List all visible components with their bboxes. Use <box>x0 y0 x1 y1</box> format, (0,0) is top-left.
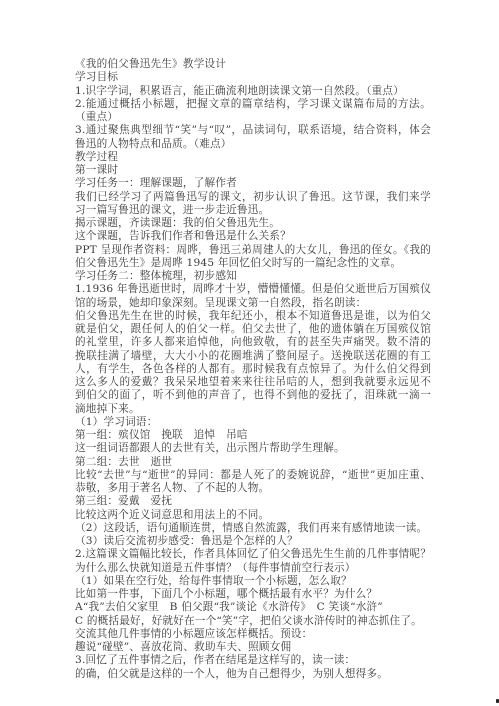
paragraph: 1.1936 年鲁迅逝世时，周晔才十岁，懵懵懂懂。但是伯父逝世后万国殡仪馆的场景… <box>75 283 431 310</box>
paragraph: 第一组：殡仪馆 挽联 追悼 吊唁 <box>75 429 431 442</box>
task2-heading: 学习任务二：整体梳理，初步感知 <box>75 270 431 283</box>
goal-item: 3.通过聚焦典型细节“笑”与“叹”，品读词句，联系语境，结合资料，体会鲁迅的人物… <box>75 124 431 151</box>
paragraph: 第二组：去世 逝世 <box>75 456 431 469</box>
paragraph: 2.这篇课文篇幅比较长，作者具体回忆了伯父鲁迅先生生前的几件事情呢？为什么那么快… <box>75 548 431 575</box>
paragraph: （1）如果在空行处，给每件事情取一个小标题，怎么取？ <box>75 575 431 588</box>
document-page: 《我的伯父鲁迅先生》教学设计 学习目标 1.识字学词，积累语言，能正确流利地朗读… <box>75 58 431 681</box>
paragraph: 揭示课题，齐读课题：我的伯父鲁迅先生。 <box>75 217 431 230</box>
paragraph: 的确，伯父就是这样的一个人，他为自己想得少，为别人想得多。 <box>75 668 431 681</box>
paragraph: A“我”去伯父家里 B 伯父跟“我”谈论《水浒传》 C 笑谈“水浒” <box>75 601 431 614</box>
paragraph: （2）这段话，语句通顺连贯，情感自然流露，我们再来有感情地读一读。 <box>75 522 431 535</box>
paragraph: 我们已经学习了两篇鲁迅写的课文，初步认识了鲁迅。这节课，我们来学习一篇写鲁迅的课… <box>75 191 431 218</box>
document-title: 《我的伯父鲁迅先生》教学设计 <box>75 58 431 71</box>
lesson-heading: 第一课时 <box>75 164 431 177</box>
paragraph: 比较这两个近义词意思和用法上的不同。 <box>75 509 431 522</box>
paragraph: 比较“去世”与“逝世”的异同：都是人死了的委婉说辞，“逝世”更加庄重、恭敬，多用… <box>75 469 431 496</box>
goal-item: 1.识字学词，积累语言，能正确流利地朗读课文第一自然段。（重点） <box>75 85 431 98</box>
paragraph: PPT 呈现作者资料：周晔，鲁迅三弟周建人的大女儿，鲁迅的侄女。《我的伯父鲁迅先… <box>75 244 431 271</box>
paragraph: （3）读后交流初步感受：鲁迅是个怎样的人？ <box>75 535 431 548</box>
paragraph: 这一组词语都跟人的去世有关，出示图片帮助学生理解。 <box>75 442 431 455</box>
task1-heading: 学习任务一：理解课题，了解作者 <box>75 177 431 190</box>
quoted-passage: 伯父鲁迅先生在世的时候，我年纪还小，根本不知道鲁迅是谁，以为伯父就是伯父，跟任何… <box>75 310 431 416</box>
paragraph: 交流其他几件事情的小标题应该怎样概括。预设： <box>75 628 431 641</box>
goals-heading: 学习目标 <box>75 71 431 84</box>
paragraph: 趣说“碰壁”、喜放花筒、救助车夫、照顾女佣 <box>75 641 431 654</box>
paragraph: 3.回忆了五件事情之后，作者在结尾是这样写的，读一读： <box>75 654 431 667</box>
paragraph: C 的概括最好，好就好在一个“笑”字，把伯父谈水浒传时的神态抓住了。 <box>75 615 431 628</box>
process-heading: 教学过程 <box>75 151 431 164</box>
paragraph: 这个课题，告诉我们作者和鲁迅是什么关系？ <box>75 230 431 243</box>
paragraph: 比如第一件事，下面几个小标题，哪个概括最有水平？为什么？ <box>75 588 431 601</box>
goal-item: 2.能通过概括小标题，把握文章的篇章结构，学习课文谋篇布局的方法。（重点） <box>75 98 431 125</box>
paragraph: （1）学习词语： <box>75 416 431 429</box>
paragraph: 第三组：爱戴 爱抚 <box>75 495 431 508</box>
